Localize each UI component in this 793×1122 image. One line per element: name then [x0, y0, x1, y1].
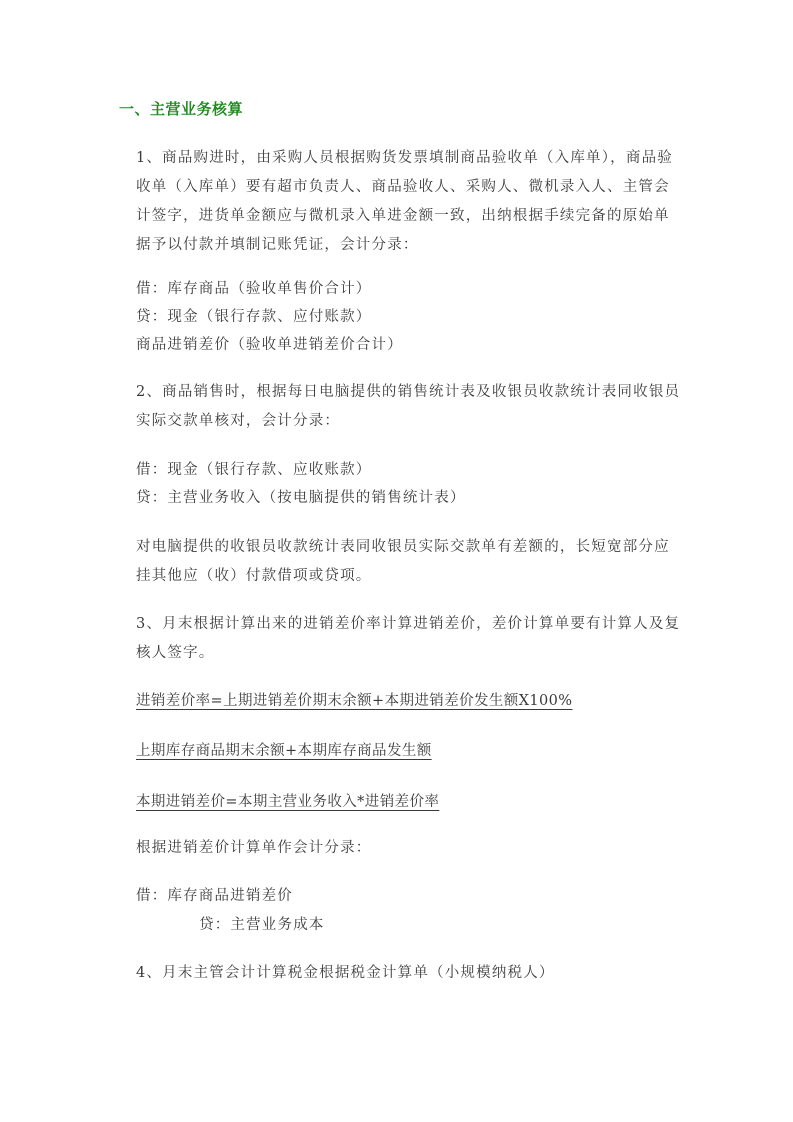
credit-entry: 贷：现金（银行存款、应付账款）: [136, 307, 372, 327]
paragraph-line: 1、商品购进时，由采购人员根据购货发票填制商品验收单（入库单），商品验: [136, 148, 673, 168]
paragraph-line: 计签字，进货单金额应与微机录入单进金额一致，出纳根据手续完备的原始单: [136, 206, 670, 226]
paragraph-line: 实际交款单核对，会计分录：: [136, 411, 340, 431]
debit-entry: 借：库存商品进销差价: [136, 886, 293, 906]
paragraph-line: 根据进销差价计算单作会计分录：: [136, 838, 372, 858]
paragraph-line: 对电脑提供的收银员收款统计表同收银员实际交款单有差额的，长短宽部分应: [136, 537, 670, 557]
paragraph-line: 4、月末主管会计计算税金根据税金计算单（小规模纳税人）: [136, 963, 555, 983]
paragraph-line: 挂其他应（收）付款借项或贷项。: [136, 566, 372, 586]
paragraph-line: 核人签字。: [136, 643, 215, 663]
document-page: 一、主营业务核算 1、商品购进时，由采购人员根据购货发票填制商品验收单（入库单）…: [0, 0, 793, 1122]
formula-line: 进销差价率=上期进销差价期末余额+本期进销差价发生额X100%: [136, 691, 572, 711]
section-heading: 一、主营业务核算: [119, 98, 243, 119]
formula-line: 本期进销差价=本期主营业务收入*进销差价率: [136, 792, 439, 812]
formula-line: 上期库存商品期末余额+本期库存商品发生额: [136, 741, 432, 761]
paragraph-line: 据予以付款并填制记账凭证，会计分录：: [136, 235, 419, 255]
debit-entry: 借：库存商品（验收单售价合计）: [136, 279, 372, 299]
credit-entry: 商品进销差价（验收单进销差价合计）: [136, 335, 403, 355]
credit-entry: 贷：主营业务成本: [199, 915, 325, 935]
paragraph-line: 2、商品销售时，根据每日电脑提供的销售统计表及收银员收款统计表同收银员: [136, 382, 680, 402]
credit-entry: 贷：主营业务收入（按电脑提供的销售统计表）: [136, 488, 466, 508]
debit-entry: 借：现金（银行存款、应收账款）: [136, 460, 372, 480]
paragraph-line: 3、月末根据计算出来的进销差价率计算进销差价，差价计算单要有计算人及复: [136, 614, 680, 634]
paragraph-line: 收单（入库单）要有超市负责人、商品验收人、采购人、微机录入人、主管会: [136, 177, 670, 197]
